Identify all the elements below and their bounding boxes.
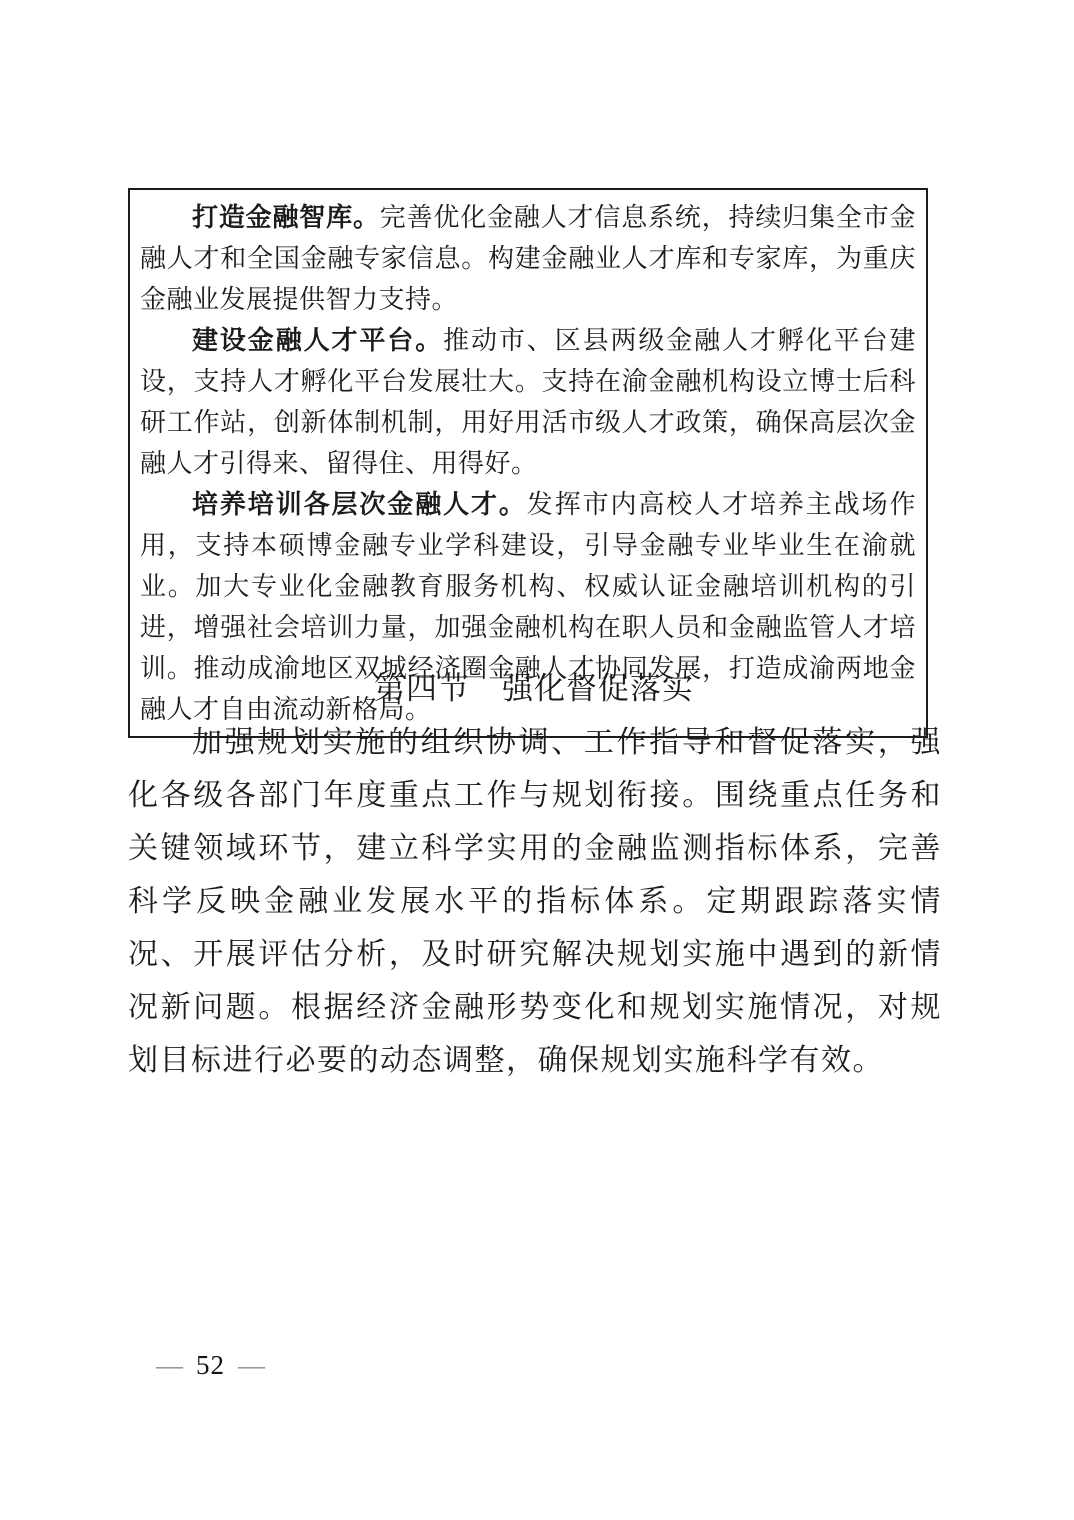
section-body-paragraph: 加强规划实施的组织协调、工作指导和督促落实，强化各级各部门年度重点工作与规划衔接… [128,716,942,1087]
page-footer: — 52 — [156,1350,265,1381]
box-paragraph-1: 打造金融智库。完善优化金融人才信息系统，持续归集全市金融人才和全国金融专家信息。… [140,197,916,320]
document-page: 打造金融智库。完善优化金融人才信息系统，持续归集全市金融人才和全国金融专家信息。… [0,0,1074,1520]
highlight-box: 打造金融智库。完善优化金融人才信息系统，持续归集全市金融人才和全国金融专家信息。… [128,188,928,738]
box-paragraph-2: 建设金融人才平台。推动市、区县两级金融人才孵化平台建设，支持人才孵化平台发展壮大… [140,320,916,484]
box-paragraph-3-lead: 培养培训各层次金融人才。 [192,489,527,519]
footer-dash-left: — [156,1350,183,1381]
section-heading: 第四节 强化督促落实 [128,663,940,708]
box-paragraph-2-lead: 建设金融人才平台。 [192,325,443,355]
page-number: 52 [196,1350,225,1381]
footer-dash-right: — [238,1350,265,1381]
box-paragraph-1-lead: 打造金融智库。 [192,202,380,232]
